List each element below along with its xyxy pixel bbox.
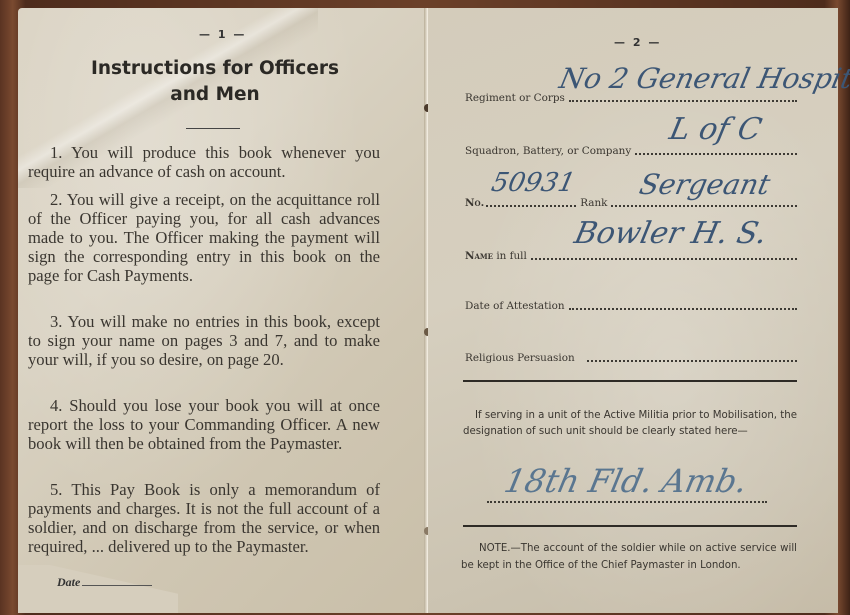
name-label-caps: Name (465, 250, 493, 262)
regiment-label: Regiment or Corps (465, 92, 565, 104)
instruction-paragraph-2: 2. You will give a receipt, on the acqui… (28, 190, 380, 285)
instruction-paragraph-1: 1. You will produce this book whenever y… (28, 143, 380, 181)
rank-label: Rank (580, 197, 607, 209)
number-value: 50931 (489, 168, 578, 198)
rank-value: Sergeant (636, 168, 773, 201)
rank-dotted-line (611, 205, 797, 207)
pay-book: — 1 — Instructions for Officers and Men … (0, 0, 850, 615)
title-line-2: and Men (60, 82, 370, 108)
title-divider (186, 128, 240, 129)
squadron-dotted-line (635, 153, 797, 155)
section-divider-1 (463, 380, 797, 382)
instruction-paragraph-4: 4. Should you lose your book you will at… (28, 396, 380, 453)
militia-dotted-line (487, 501, 767, 503)
account-note: NOTE.—The account of the soldier while o… (461, 540, 797, 574)
instruction-paragraph-3: 3. You will make no entries in this book… (28, 312, 380, 369)
squadron-label: Squadron, Battery, or Company (465, 145, 631, 157)
militia-instructions: If serving in a unit of the Active Milit… (463, 408, 797, 440)
section-divider-2 (463, 525, 797, 527)
name-value: Bowler H. S. (571, 216, 770, 251)
religion-field: Religious Persuasion (465, 348, 797, 364)
religion-dotted-line (587, 360, 797, 362)
date-line (82, 585, 152, 586)
squadron-value: L of C (666, 112, 765, 147)
name-label: Name in full (465, 250, 527, 262)
date-label: Date (57, 575, 80, 589)
page-number-2: — 2 — (614, 36, 661, 49)
name-label-rest: in full (493, 250, 527, 262)
religion-label: Religious Persuasion (465, 352, 575, 364)
page-number-1: — 1 — (199, 28, 246, 41)
regiment-dotted-line (569, 100, 797, 102)
number-dotted-line (486, 205, 576, 207)
name-dotted-line (531, 258, 797, 260)
date-field: Date (57, 575, 152, 590)
title-line-1: Instructions for Officers (60, 56, 370, 82)
regiment-value: No 2 General Hospital (556, 62, 850, 95)
attestation-label: Date of Attestation (465, 300, 565, 312)
instructions-title: Instructions for Officers and Men (60, 56, 370, 108)
attestation-dotted-line (569, 308, 797, 310)
militia-unit-value: 18th Fld. Amb. (501, 462, 751, 500)
number-label: No. (465, 197, 484, 209)
instruction-paragraph-5: 5. This Pay Book is only a memorandum of… (28, 480, 380, 556)
attestation-field: Date of Attestation (465, 296, 797, 312)
